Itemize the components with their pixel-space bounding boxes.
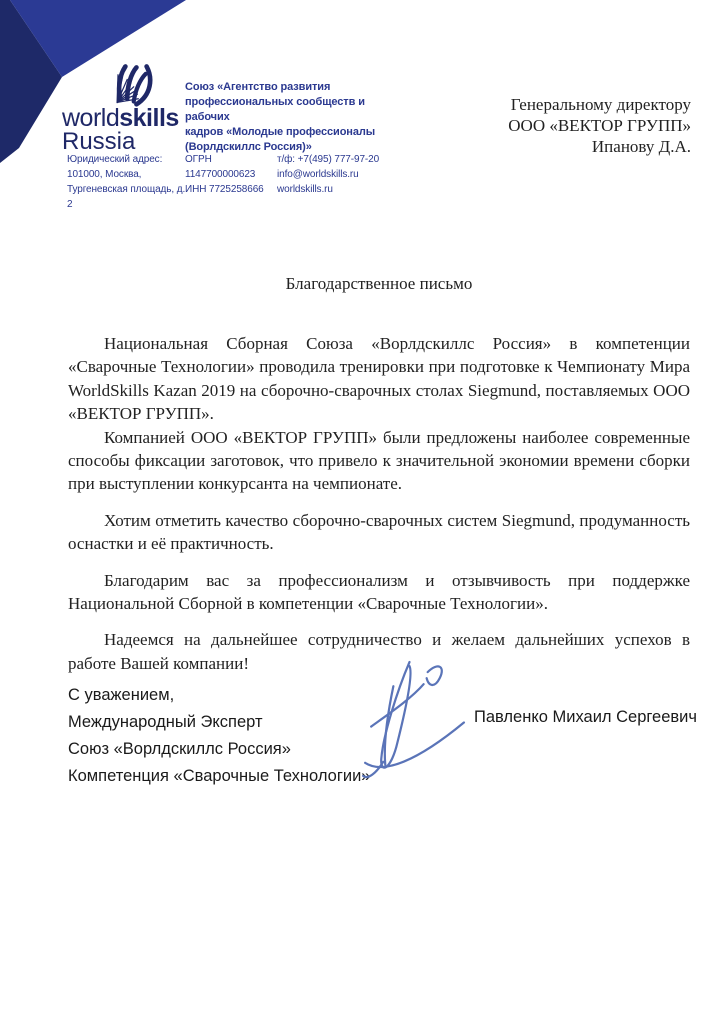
email-address: info@worldskills.ru — [277, 167, 397, 182]
legal-address-line: Тургеневская площадь, д. 2 — [67, 182, 187, 212]
wordmark-russia: Russia — [62, 130, 179, 154]
registration-numbers: ОГРН 1147700000623 ИНН 7725258666 — [185, 152, 280, 197]
phone-number: т/ф: +7(495) 777-97-20 — [277, 152, 397, 167]
closing-line: С уважением, — [68, 682, 398, 709]
recipient-line: Ипанову Д.А. — [411, 136, 691, 157]
contact-details: т/ф: +7(495) 777-97-20 info@worldskills.… — [277, 152, 397, 197]
wordmark-line: worldskills — [62, 106, 179, 130]
recipient-line: Генеральному директору — [411, 94, 691, 115]
letter-page: worldskills Russia Союз «Агентство разви… — [0, 0, 724, 1024]
closing-line: Международный Эксперт — [68, 709, 398, 736]
closing-block: С уважением, Международный Эксперт Союз … — [68, 682, 398, 790]
signer-name: Павленко Михаил Сергеевич — [474, 708, 704, 727]
handwritten-signature — [352, 658, 470, 784]
organization-name: Союз «Агентство развития профессиональны… — [185, 80, 395, 155]
legal-address-line: Юридический адрес: — [67, 152, 187, 167]
legal-address: Юридический адрес: 101000, Москва, Турге… — [67, 152, 187, 212]
worldskills-wordmark: worldskills Russia — [62, 106, 179, 154]
body-paragraph: Компанией ООО «ВЕКТОР ГРУПП» были предло… — [68, 426, 690, 496]
closing-line: Компетенция «Сварочные Технологии» — [68, 763, 398, 790]
org-name-line: Союз «Агентство развития — [185, 80, 395, 95]
inn-number: ИНН 7725258666 — [185, 182, 280, 197]
letter-body: Национальная Сборная Союза «Ворлдскиллс … — [68, 332, 690, 675]
closing-line: Союз «Ворлдскиллс Россия» — [68, 736, 398, 763]
ogrn-number: ОГРН 1147700000623 — [185, 152, 280, 182]
letter-title: Благодарственное письмо — [68, 274, 690, 294]
body-paragraph: Национальная Сборная Союза «Ворлдскиллс … — [68, 332, 690, 426]
org-name-line: кадров «Молодые профессионалы — [185, 125, 395, 140]
org-name-line: профессиональных сообществ и рабочих — [185, 95, 395, 125]
recipient-block: Генеральному директору ООО «ВЕКТОР ГРУПП… — [411, 94, 691, 157]
website-url: worldskills.ru — [277, 182, 397, 197]
legal-address-line: 101000, Москва, — [67, 167, 187, 182]
recipient-line: ООО «ВЕКТОР ГРУПП» — [411, 115, 691, 136]
body-paragraph: Благодарим вас за профессионализм и отзы… — [68, 569, 690, 616]
worldskills-hand-icon — [106, 58, 154, 110]
body-paragraph: Хотим отметить качество сборочно-сварочн… — [68, 509, 690, 556]
